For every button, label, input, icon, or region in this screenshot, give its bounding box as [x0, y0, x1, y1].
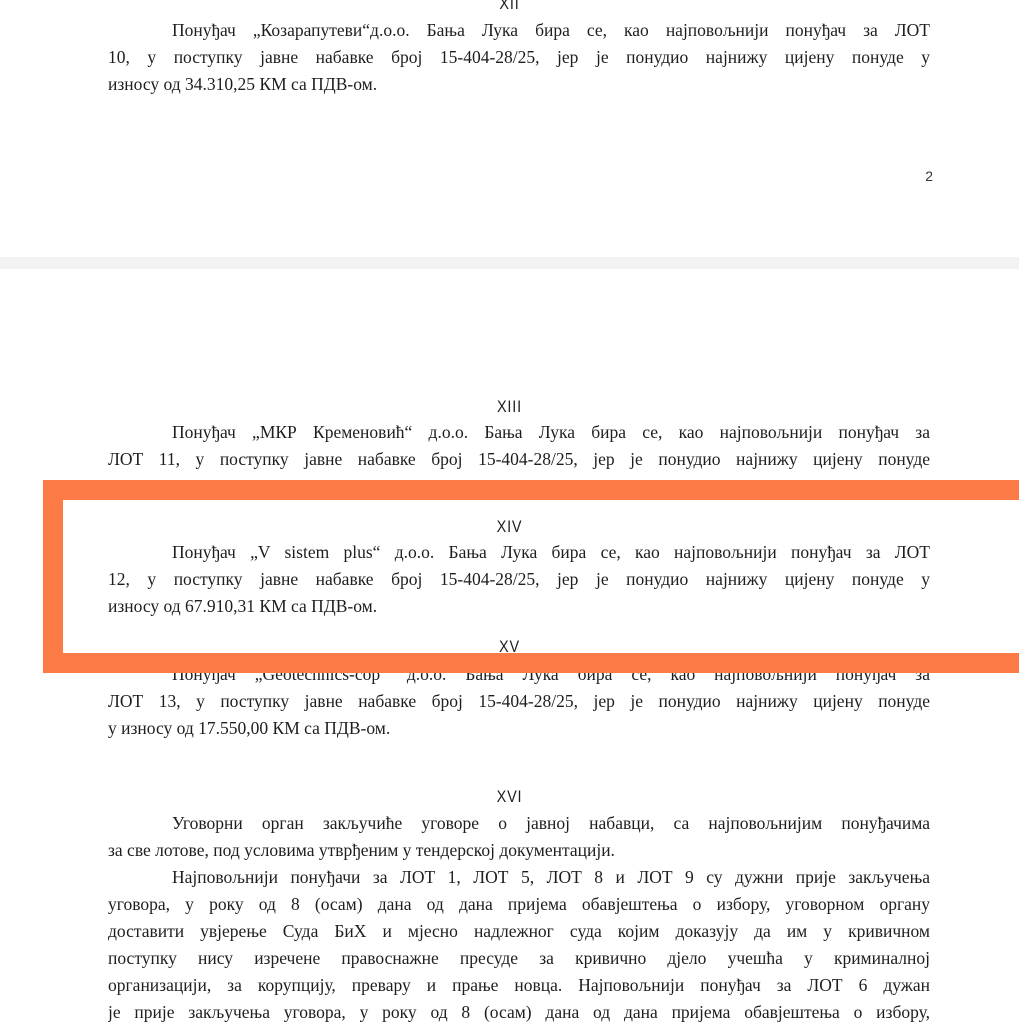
text-line: доставити увјерење Суда БиХ и мјесно над… [108, 918, 930, 945]
section-heading-xv: XV [76, 637, 942, 657]
section-heading-xiii: XIII [76, 397, 942, 417]
section-xii-paragraph: Понуђач „Козарапутеви“д.о.о. Бања Лука б… [108, 17, 930, 98]
text-line: уговора, у року од 8 (осам) дана од дана… [108, 891, 930, 918]
text-line: ЛОТ 13, у поступку јавне набавке број 15… [108, 688, 930, 715]
text-line: Најповољнији понуђачи за ЛОТ 1, ЛОТ 5, Л… [108, 864, 930, 891]
text-line: поступку нису изречене правоснажне пресу… [108, 945, 930, 972]
text-line: ЛОТ 11, у поступку јавне набавке број 15… [108, 446, 930, 473]
text-line: Уговорни орган закључиће уговоре о јавно… [108, 810, 930, 837]
section-heading-xiv: XIV [76, 517, 942, 537]
text-line: 10, у поступку јавне набавке број 15-404… [108, 44, 930, 71]
text-line: износу од 67.910,31 КМ са ПДВ-ом. [108, 593, 930, 620]
text-line: за све лотове, под условима утврђеним у … [108, 837, 930, 864]
page-separator [0, 257, 1019, 269]
section-xvi-paragraph-2: Најповољнији понуђачи за ЛОТ 1, ЛОТ 5, Л… [108, 864, 930, 1024]
text-line: износу од 34.310,25 КМ са ПДВ-ом. [108, 71, 930, 98]
section-xiii-paragraph: Понуђач „МКР Кременовић“ д.о.о. Бања Лук… [108, 419, 930, 500]
text-line: у износу од 17.550,00 КМ са ПДВ-ом. [108, 715, 930, 742]
text-line: 12, у поступку јавне набавке број 15-404… [108, 566, 930, 593]
page-number: 2 [925, 168, 933, 184]
section-heading-xii: XII [76, 0, 942, 14]
section-xvi-paragraph-1: Уговорни орган закључиће уговоре о јавно… [108, 810, 930, 864]
section-xv-paragraph: Понуђач „Geotechnics-cop“ д.о.о. Бања Лу… [108, 661, 930, 742]
section-xiv-paragraph: Понуђач „V sistem plus“ д.о.о. Бања Лука… [108, 539, 930, 620]
section-heading-xvi: XVI [76, 787, 942, 807]
text-line: организацији, за корупцију, превару и пр… [108, 972, 930, 999]
text-line: Понуђач „V sistem plus“ д.о.о. Бања Лука… [108, 539, 930, 566]
text-line: у износу од 20.180,16 КМ са ПДВ-ом. [108, 473, 930, 500]
text-line: Понуђач „Козарапутеви“д.о.о. Бања Лука б… [108, 17, 930, 44]
text-line: је прије закључења уговора, у року од 8 … [108, 999, 930, 1024]
document-page-1: XII Понуђач „Козарапутеви“д.о.о. Бања Лу… [0, 0, 1019, 257]
text-line: Понуђач „Geotechnics-cop“ д.о.о. Бања Лу… [108, 661, 930, 688]
text-line: Понуђач „МКР Кременовић“ д.о.о. Бања Лук… [108, 419, 930, 446]
